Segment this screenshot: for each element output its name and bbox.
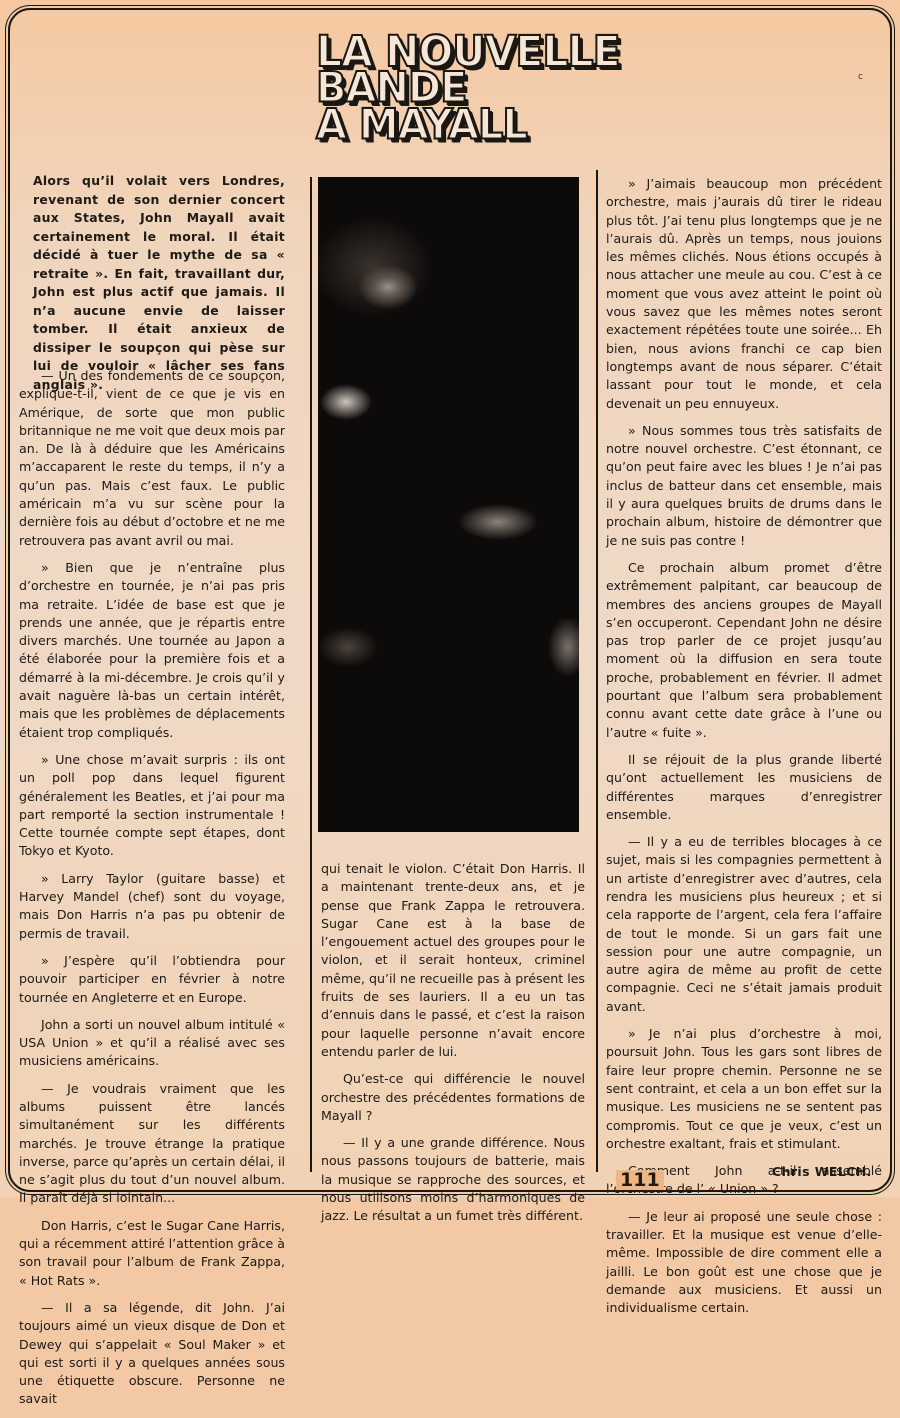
paragraph: » Larry Taylor (guitare basse) et Harvey… [19, 870, 285, 943]
magazine-page: LA NOUVELLE BANDE A MAYALL c Alors qu’il… [0, 0, 900, 1197]
corner-mark: c [858, 72, 863, 82]
column-rule-right [596, 170, 598, 1172]
paragraph: — Il y a une grande différence. Nous nou… [321, 1134, 585, 1197]
column-2: qui tenait le violon. C’était Don Harris… [321, 860, 585, 1197]
column-rule-left [310, 177, 312, 1172]
page-number: 111 [616, 1170, 664, 1190]
author-byline: Chris WELCH. [772, 1164, 872, 1179]
paragraph: Ce prochain album promet d’être extrêmem… [606, 559, 882, 742]
paragraph: John a sorti un nouvel album intitulé « … [19, 1016, 285, 1071]
paragraph: — Il y a eu de terribles blocages à ce s… [606, 833, 882, 1016]
paragraph: » Nous sommes tous très satisfaits de no… [606, 422, 882, 550]
paragraph: » J’aimais beaucoup mon précédent orches… [606, 175, 882, 413]
title-line-3: A MAYALL [316, 107, 596, 144]
paragraph: — Un des fondements de ce soupçon, expli… [19, 367, 285, 550]
paragraph: » Je n’ai plus d’orchestre à moi, poursu… [606, 1025, 882, 1153]
lead-text: Alors qu’il volait vers Londres, revenan… [33, 172, 285, 394]
column-3: » J’aimais beaucoup mon précédent orches… [606, 175, 882, 1197]
paragraph: » J’espère qu’il l’obtiendra pour pouvoi… [19, 952, 285, 1007]
paragraph: Il se réjouit de la plus grande liberté … [606, 751, 882, 824]
column-1: — Un des fondements de ce soupçon, expli… [19, 367, 285, 1197]
paragraph: Qu’est-ce qui différencie le nouvel orch… [321, 1070, 585, 1125]
concert-photo [318, 177, 579, 832]
paragraph: » Une chose m’avait surpris : ils ont un… [19, 751, 285, 861]
paragraph: — Je voudrais vraiment que les albums pu… [19, 1080, 285, 1197]
paragraph: qui tenait le violon. C’était Don Harris… [321, 860, 585, 1061]
article-title: LA NOUVELLE BANDE A MAYALL [316, 33, 596, 143]
paragraph: » Bien que je n’entraîne plus d’orchestr… [19, 559, 285, 742]
